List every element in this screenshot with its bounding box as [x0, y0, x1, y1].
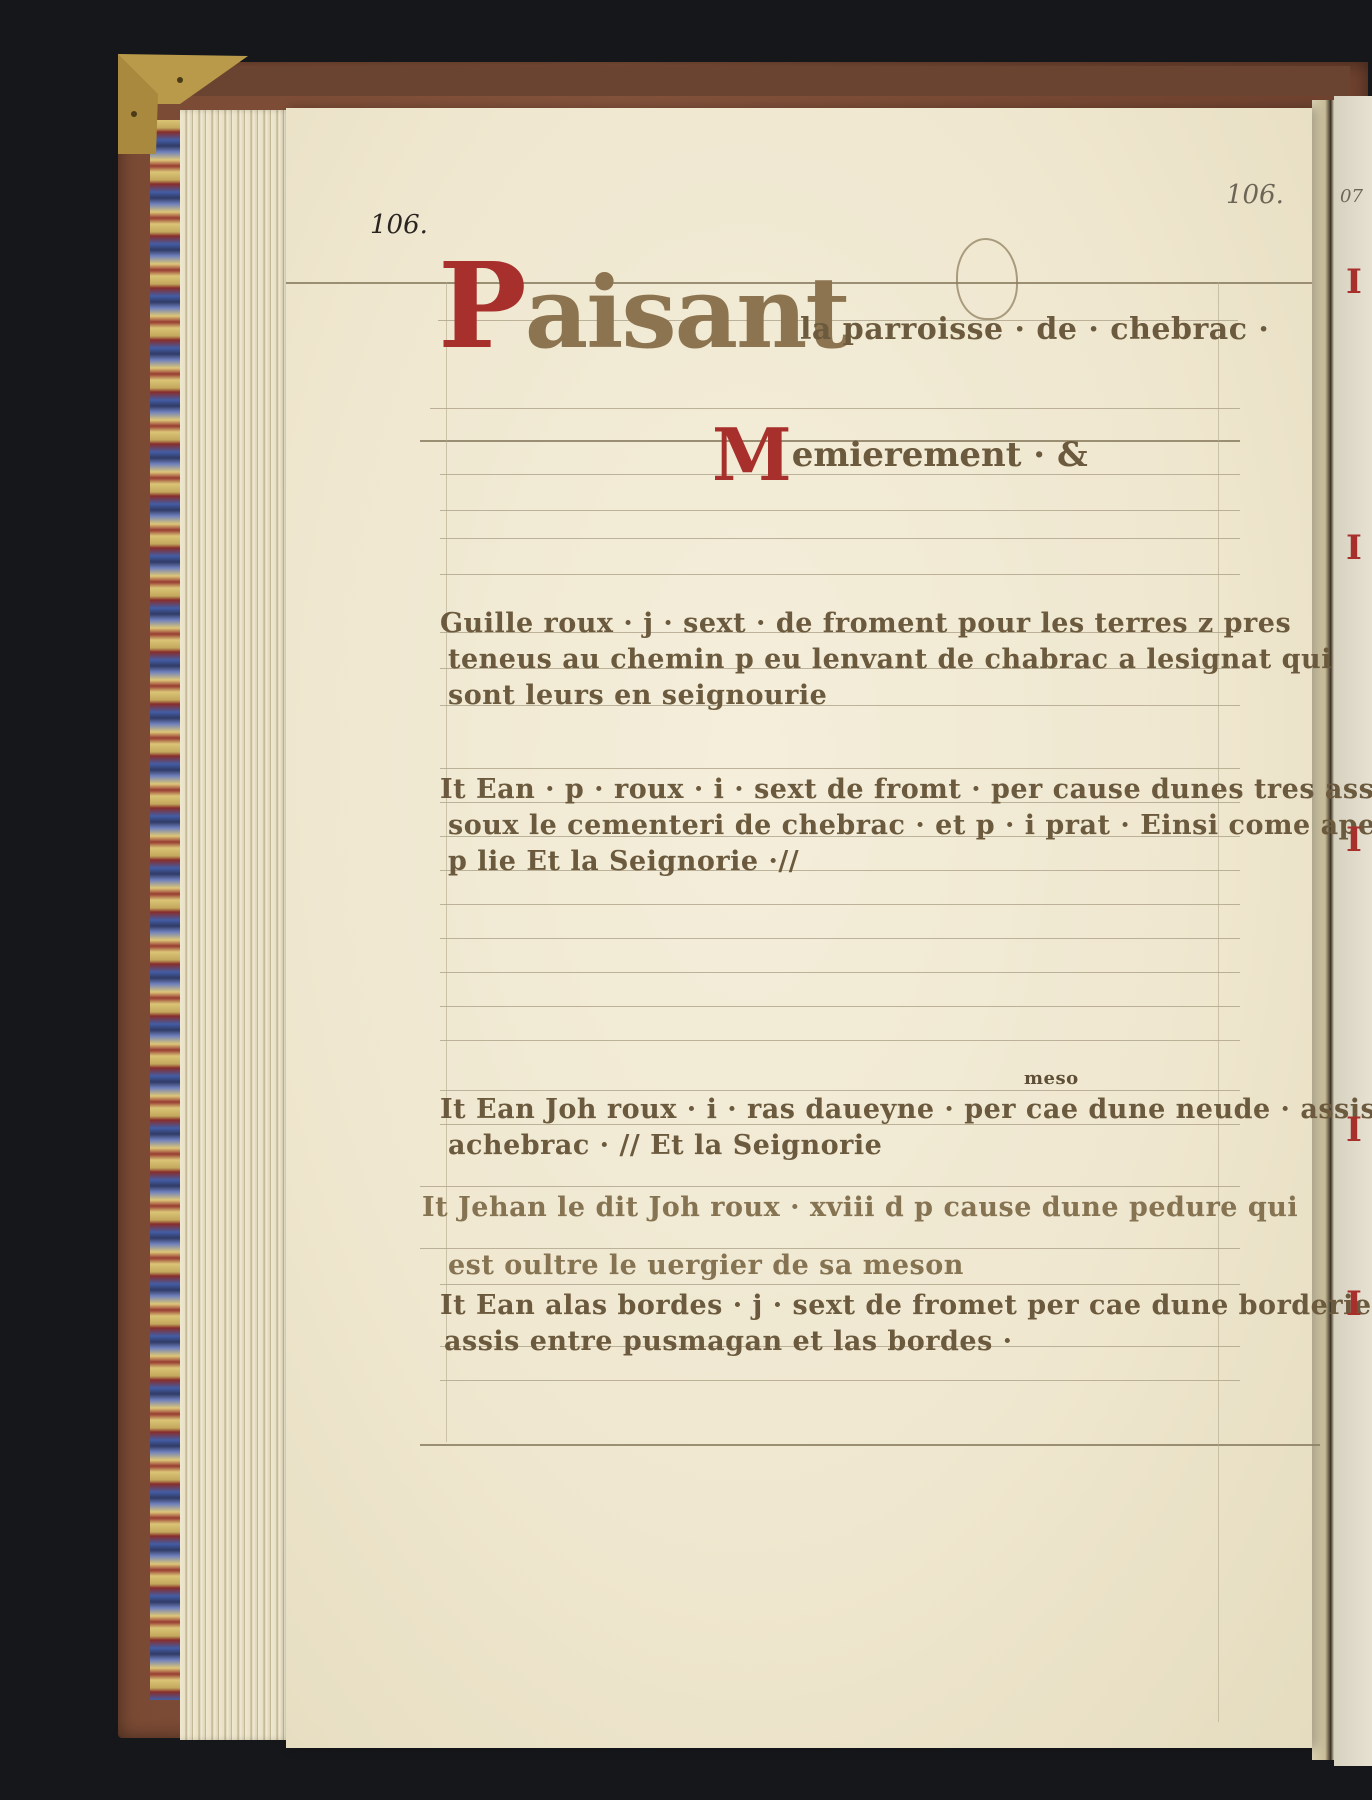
ruling-line: [440, 510, 1240, 511]
drawn-face-icon: [956, 238, 1018, 320]
facing-rubric-initial: I: [1346, 262, 1362, 302]
ruling-line: [440, 574, 1240, 575]
page-edges: [180, 110, 290, 1740]
ruling-line: [420, 1248, 1240, 1249]
page-title: Paisant: [438, 236, 849, 375]
ruling-line: [440, 1006, 1240, 1007]
title-parish: la parroisse · de · chebrac ·: [800, 312, 1269, 347]
facing-folio-number: 07: [1340, 186, 1363, 207]
ruling-line: [420, 1186, 1240, 1187]
entry-line: teneus au chemin p eu lenvant de chabrac…: [448, 644, 1332, 675]
entry-line: It Ean Joh roux · i · ras daueyne · per …: [440, 1094, 1372, 1125]
facing-rubric-initial: I: [1346, 1110, 1362, 1150]
entry-line: It Ean alas bordes · j · sext de fromet …: [440, 1290, 1372, 1321]
gutter: [1312, 100, 1334, 1760]
ruling-line: [440, 904, 1240, 905]
entry-line: It Ean · p · roux · i · sext de fromt · …: [440, 774, 1372, 805]
ruling-line: [440, 1284, 1240, 1285]
section-heading: Memierement · &: [712, 412, 1088, 497]
entry-line: sont leurs en seignourie: [448, 680, 827, 711]
marbled-endpaper: [150, 120, 182, 1700]
entry-line: achebrac · // Et la Seignorie: [448, 1130, 882, 1161]
folio-number-ink: 106.: [370, 210, 428, 240]
ruling-line: [440, 972, 1240, 973]
margin-rule: [446, 282, 447, 1442]
ruling-line: [440, 768, 1240, 769]
entry-line: soux le cementeri de chebrac · et p · i …: [448, 810, 1372, 841]
entry-line: p lie Et la Seignorie ·//: [448, 846, 799, 877]
rubric-initial: P: [438, 236, 525, 375]
ruling-line: [420, 1444, 1320, 1446]
cover-top-edge: [170, 66, 1350, 96]
entry-line: assis entre pusmagan et las bordes ·: [444, 1326, 1013, 1357]
entry-line: It Jehan le dit Joh roux · xviii d p cau…: [422, 1192, 1298, 1223]
facing-rubric-initial: I: [1346, 1284, 1362, 1324]
entry-line: Guille roux · j · sext · de froment pour…: [440, 608, 1291, 639]
rubric-initial: M: [712, 412, 792, 497]
facing-rubric-initial: I: [1346, 820, 1362, 860]
facing-rubric-initial: I: [1346, 528, 1362, 568]
heading-word: emierement ·: [792, 435, 1045, 475]
facing-page: [1334, 96, 1372, 1766]
folio-number-pencil: 106.: [1226, 180, 1284, 210]
ruling-line: [440, 1040, 1240, 1041]
paragraph-mark: &: [1057, 435, 1088, 475]
ruling-line: [430, 408, 1240, 409]
interlinear-gloss: meso: [1024, 1068, 1079, 1089]
ruling-line: [440, 538, 1240, 539]
margin-rule: [1218, 282, 1219, 1722]
ruling-line: [440, 1380, 1240, 1381]
ruling-line: [440, 1090, 1240, 1091]
entry-line: est oultre le uergier de sa meson: [448, 1250, 964, 1281]
ruling-line: [440, 938, 1240, 939]
